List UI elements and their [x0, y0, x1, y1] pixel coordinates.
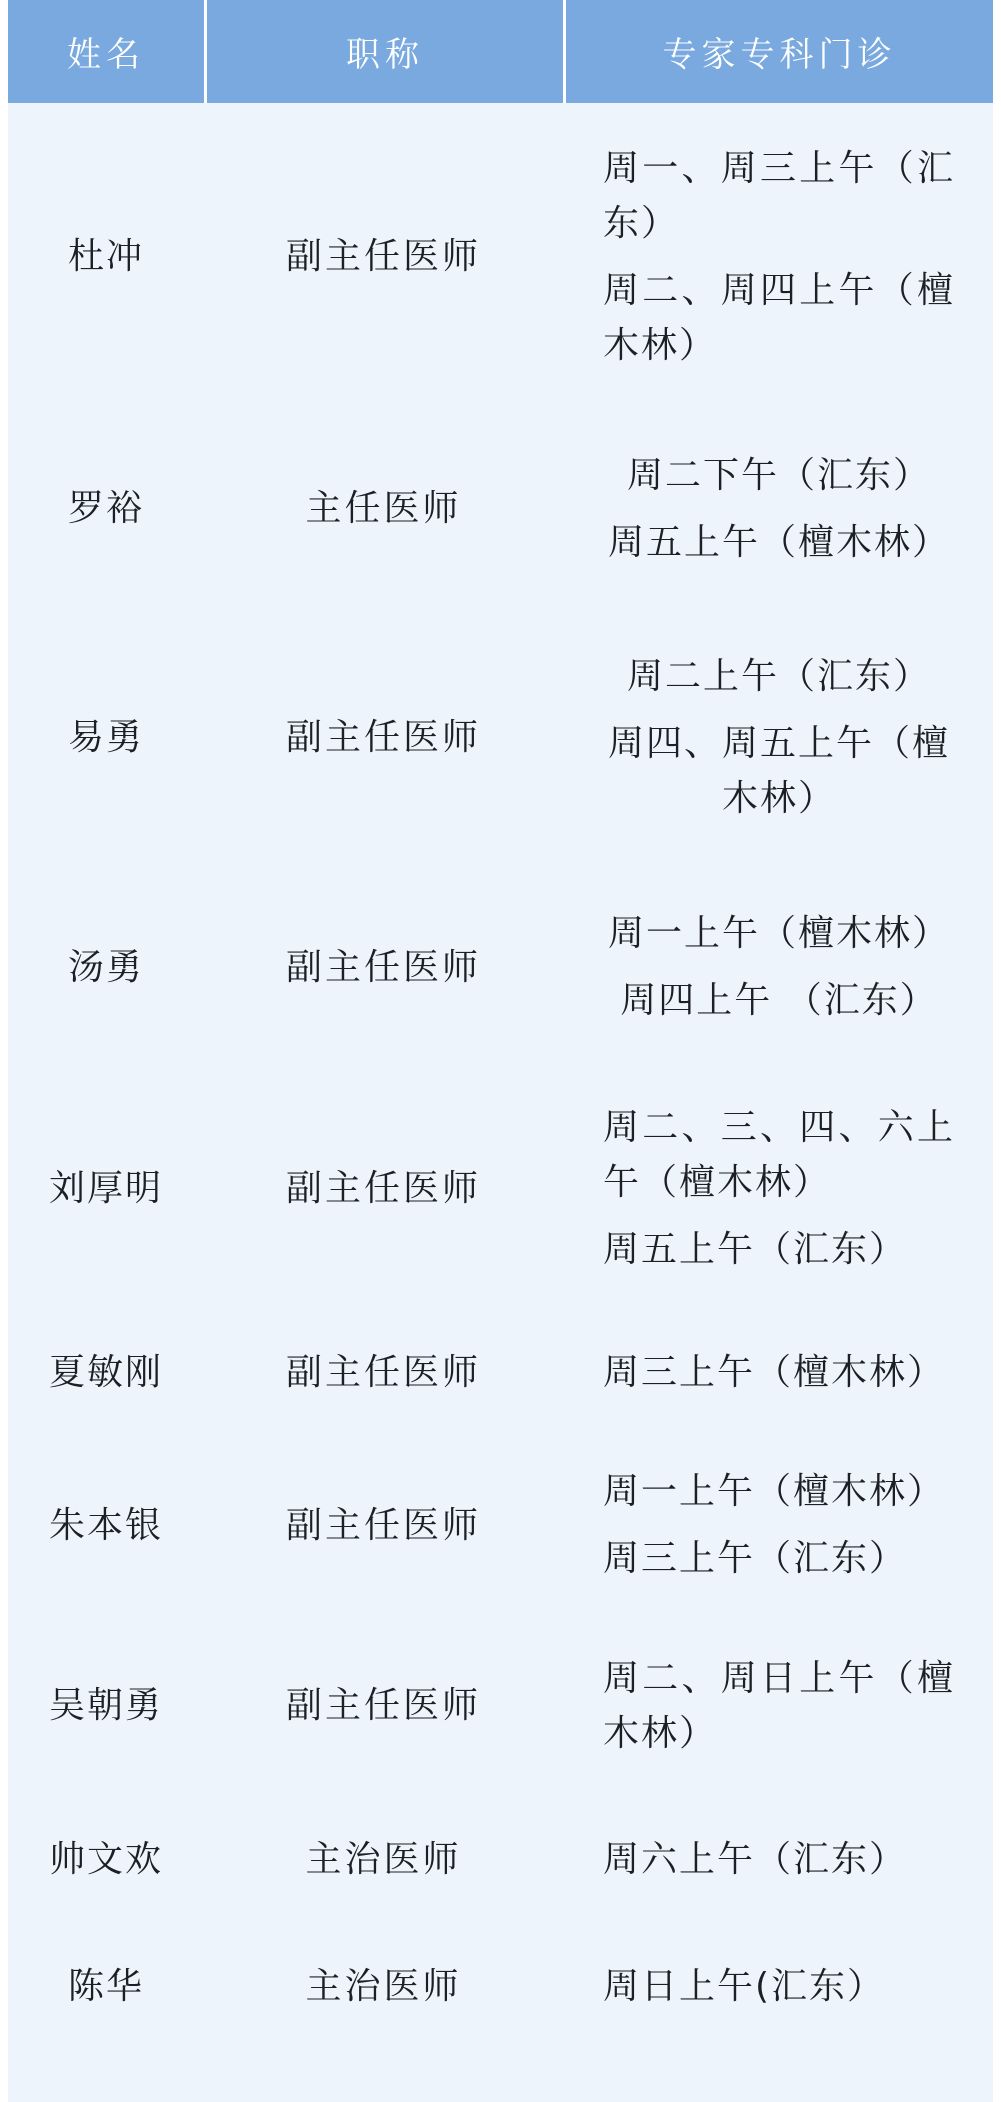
header-clinic: 专家专科门诊: [563, 0, 993, 103]
table-row: 罗裕 主任医师 周二下午（汇东） 周五上午（檀木林）: [8, 410, 993, 607]
doctor-name: 夏敏刚: [8, 1345, 204, 1400]
header-name: 姓名: [8, 0, 204, 103]
doctor-title: 副主任医师: [204, 1345, 563, 1400]
clinic-entry: 周一上午（檀木林）: [603, 906, 955, 961]
doctor-schedule-table: 姓名 职称 专家专科门诊 杜冲 副主任医师 周一、周三上午（汇东） 周二、周四上…: [8, 0, 993, 2102]
doctor-name: 易勇: [8, 710, 204, 765]
clinic-entry: 周三上午（汇东）: [603, 1531, 955, 1586]
doctor-name: 刘厚明: [8, 1161, 204, 1216]
table-body: 杜冲 副主任医师 周一、周三上午（汇东） 周二、周四上午（檀木林） 罗裕 主任医…: [8, 103, 993, 2050]
table-row: 帅文欢 主治医师 周六上午（汇东）: [8, 1795, 993, 1923]
doctor-name: 陈华: [8, 1959, 204, 2014]
clinic-schedule: 周二下午（汇东） 周五上午（檀木林）: [563, 448, 993, 570]
clinic-entry: 周四、周五上午（檀木林）: [603, 716, 955, 826]
doctor-name: 汤勇: [8, 940, 204, 995]
doctor-name: 罗裕: [8, 481, 204, 536]
doctor-title: 副主任医师: [204, 1678, 563, 1733]
clinic-entry: 周四上午 （汇东）: [603, 973, 955, 1028]
clinic-schedule: 周一、周三上午（汇东） 周二、周四上午（檀木林）: [563, 141, 993, 373]
clinic-schedule: 周二、周日上午（檀木林）: [563, 1651, 993, 1761]
table-row: 吴朝勇 副主任医师 周二、周日上午（檀木林）: [8, 1616, 993, 1795]
table-row: 汤勇 副主任医师 周一上午（檀木林） 周四上午 （汇东）: [8, 867, 993, 1067]
clinic-entry: 周二下午（汇东）: [603, 448, 955, 503]
doctor-name: 杜冲: [8, 229, 204, 284]
clinic-entry: 周五上午（汇东）: [603, 1222, 955, 1277]
clinic-entry: 周二、周四上午（檀木林）: [603, 263, 955, 373]
clinic-schedule: 周一上午（檀木林） 周四上午 （汇东）: [563, 906, 993, 1028]
doctor-title: 主任医师: [204, 481, 563, 536]
header-title: 职称: [204, 0, 563, 103]
clinic-entry: 周二、三、四、六上午（檀木林）: [603, 1100, 955, 1210]
clinic-entry: 周三上午（檀木林）: [603, 1345, 955, 1400]
doctor-name: 朱本银: [8, 1498, 204, 1553]
doctor-title: 副主任医师: [204, 1161, 563, 1216]
table-row: 杜冲 副主任医师 周一、周三上午（汇东） 周二、周四上午（檀木林）: [8, 103, 993, 410]
table-row: 刘厚明 副主任医师 周二、三、四、六上午（檀木林） 周五上午（汇东）: [8, 1067, 993, 1310]
doctor-title: 主治医师: [204, 1959, 563, 2014]
table-row: 易勇 副主任医师 周二上午（汇东） 周四、周五上午（檀木林）: [8, 607, 993, 867]
clinic-schedule: 周二上午（汇东） 周四、周五上午（檀木林）: [563, 649, 993, 826]
doctor-title: 副主任医师: [204, 710, 563, 765]
clinic-schedule: 周二、三、四、六上午（檀木林） 周五上午（汇东）: [563, 1100, 993, 1277]
clinic-entry: 周五上午（檀木林）: [603, 515, 955, 570]
table-row: 夏敏刚 副主任医师 周三上午（檀木林）: [8, 1310, 993, 1434]
clinic-entry: 周一上午（檀木林）: [603, 1464, 955, 1519]
table-row: 朱本银 副主任医师 周一上午（檀木林） 周三上午（汇东）: [8, 1434, 993, 1616]
doctor-name: 吴朝勇: [8, 1678, 204, 1733]
clinic-schedule: 周一上午（檀木林） 周三上午（汇东）: [563, 1464, 993, 1586]
doctor-title: 副主任医师: [204, 229, 563, 284]
clinic-entry: 周日上午(汇东）: [603, 1959, 955, 2014]
doctor-title: 副主任医师: [204, 1498, 563, 1553]
clinic-entry: 周六上午（汇东）: [603, 1832, 955, 1887]
table-header-row: 姓名 职称 专家专科门诊: [8, 0, 993, 103]
clinic-schedule: 周三上午（檀木林）: [563, 1345, 993, 1400]
clinic-entry: 周二、周日上午（檀木林）: [603, 1651, 955, 1761]
page: 姓名 职称 专家专科门诊 杜冲 副主任医师 周一、周三上午（汇东） 周二、周四上…: [0, 0, 1001, 2102]
clinic-schedule: 周六上午（汇东）: [563, 1832, 993, 1887]
clinic-entry: 周二上午（汇东）: [603, 649, 955, 704]
doctor-name: 帅文欢: [8, 1832, 204, 1887]
doctor-title: 主治医师: [204, 1832, 563, 1887]
doctor-title: 副主任医师: [204, 940, 563, 995]
table-row: 陈华 主治医师 周日上午(汇东）: [8, 1923, 993, 2050]
clinic-schedule: 周日上午(汇东）: [563, 1959, 993, 2014]
clinic-entry: 周一、周三上午（汇东）: [603, 141, 955, 251]
